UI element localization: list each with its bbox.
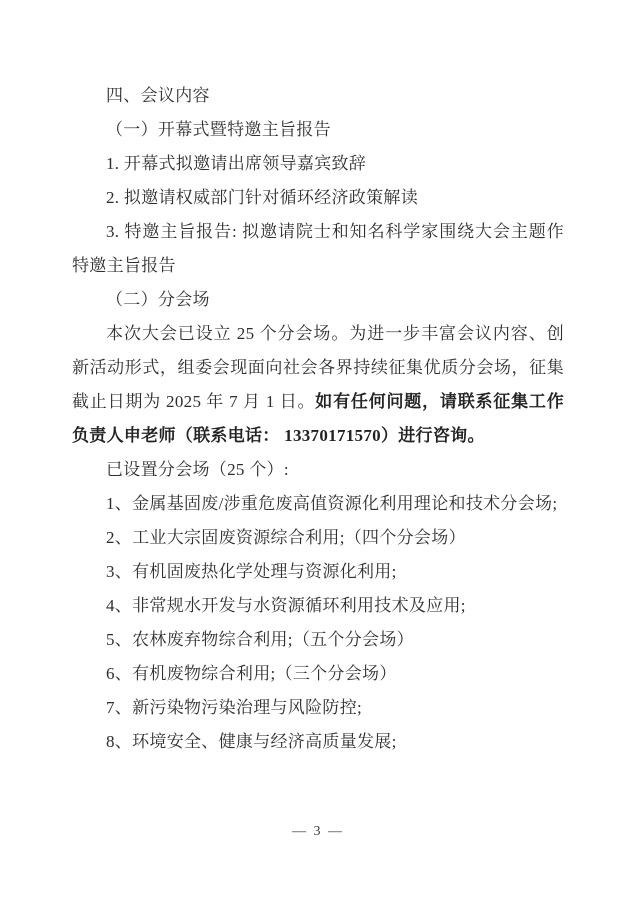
venue-item: 7、新污染物污染治理与风险防控; bbox=[72, 691, 564, 725]
venue-item: 5、农林废弃物综合利用;（五个分会场） bbox=[72, 623, 564, 657]
subsection-1-heading: （一）开幕式暨特邀主旨报告 bbox=[72, 113, 564, 147]
venue-collection-paragraph: 本次大会已设立 25 个分会场。为进一步丰富会议内容、创新活动形式，组委会现面向… bbox=[72, 317, 564, 453]
venue-item: 3、有机固废热化学处理与资源化利用; bbox=[72, 555, 564, 589]
subsection-1-item: 2. 拟邀请权威部门针对循环经济政策解读 bbox=[72, 181, 564, 215]
document-page: 四、会议内容 （一）开幕式暨特邀主旨报告 1. 开幕式拟邀请出席领导嘉宾致辞 2… bbox=[0, 0, 636, 900]
venue-item: 2、工业大宗固废资源综合利用;（四个分会场） bbox=[72, 521, 564, 555]
page-number: — 3 — bbox=[0, 824, 636, 840]
subsection-2-heading: （二）分会场 bbox=[72, 283, 564, 317]
venue-item: 1、金属基固废/涉重危废高值资源化利用理论和技术分会场; bbox=[72, 487, 564, 521]
venue-item: 8、环境安全、健康与经济高质量发展; bbox=[72, 725, 564, 759]
venue-item: 6、有机废物综合利用;（三个分会场） bbox=[72, 657, 564, 691]
subsection-1-item: 3. 特邀主旨报告: 拟邀请院士和知名科学家围绕大会主题作特邀主旨报告 bbox=[72, 215, 564, 283]
section-heading: 四、会议内容 bbox=[72, 79, 564, 113]
subsection-1-item: 1. 开幕式拟邀请出席领导嘉宾致辞 bbox=[72, 147, 564, 181]
venue-item: 4、非常规水开发与水资源循环利用技术及应用; bbox=[72, 589, 564, 623]
document-content: 四、会议内容 （一）开幕式暨特邀主旨报告 1. 开幕式拟邀请出席领导嘉宾致辞 2… bbox=[72, 79, 564, 759]
venue-list-intro: 已设置分会场（25 个）: bbox=[72, 453, 564, 487]
